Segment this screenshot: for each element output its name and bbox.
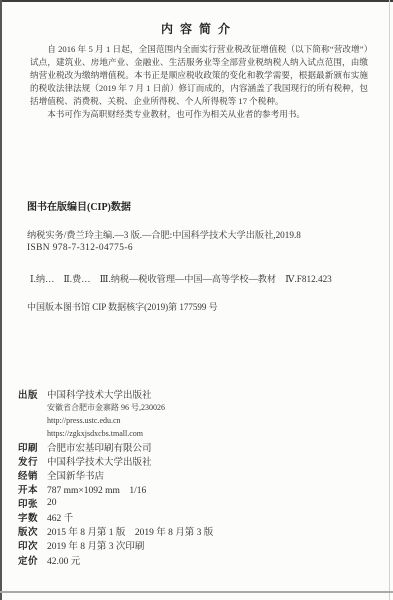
scan-edge-left: [0, 0, 2, 600]
row-value: 462 千: [47, 510, 73, 524]
summary-paragraph: 本书可作为高职财经类专业教材，也可作为相关从业者的参考用书。: [30, 108, 368, 121]
row-label: 印次: [18, 538, 47, 552]
publisher-address: 安徽省合肥市金寨路 96 号,230026: [47, 401, 380, 414]
publisher-store-url: https://zgkxjsdxcbs.tmall.com: [47, 427, 380, 440]
row-label: 经销: [18, 468, 47, 482]
cip-isbn-line: ISBN 978-7-312-04775-6: [27, 243, 133, 253]
row-label: 开本: [18, 482, 47, 496]
publication-row-word-count: 字数 462 千: [18, 510, 380, 524]
row-value: 中国科学技术大学出版社: [47, 387, 152, 401]
content-summary: 自 2016 年 5 月 1 日起，全国范围内全面实行营业税改征增值税（以下简称…: [30, 43, 368, 120]
scan-edge-bottom: [0, 591, 393, 593]
publication-row-edition: 版次 2015 年 8 月第 1 版 2019 年 8 月第 3 版: [18, 524, 380, 538]
row-value: 2015 年 8 月第 1 版 2019 年 8 月第 3 版: [47, 524, 213, 538]
publication-row-impression: 印次 2019 年 8 月第 3 次印刷: [18, 538, 380, 552]
cip-entry-line: 纳税实务/费兰玲主编.—3 版.—合肥:中国科学技术大学出版社,2019.8: [27, 227, 301, 241]
row-value: 中国科学技术大学出版社: [47, 454, 152, 468]
publication-row-publisher: 出版 中国科学技术大学出版社: [18, 387, 380, 401]
scan-edge-top: [0, 0, 393, 2]
row-label: 发行: [18, 454, 47, 468]
summary-paragraph: 自 2016 年 5 月 1 日起，全国范围内全面实行营业税改征增值税（以下简称…: [30, 43, 368, 108]
book-colophon-page: 内 容 简 介 自 2016 年 5 月 1 日起，全国范围内全面实行营业税改征…: [0, 0, 393, 600]
row-label: 印张: [18, 496, 47, 510]
row-label: 定价: [18, 553, 47, 567]
publisher-url: http://press.ustc.edu.cn: [47, 414, 380, 427]
publication-info: 出版 中国科学技术大学出版社 安徽省合肥市金寨路 96 号,230026 htt…: [18, 387, 380, 567]
row-value: 20: [47, 498, 57, 508]
scan-edge-right: [389, 0, 390, 600]
publication-row-price: 定价 42.00 元: [18, 553, 380, 567]
row-label: 版次: [18, 524, 47, 538]
publication-row-printer: 印刷 合肥市宏基印刷有限公司: [18, 440, 380, 454]
row-label: 印刷: [18, 440, 47, 454]
publication-row-sheets: 印张 20: [18, 496, 380, 510]
cip-classification-line: Ⅰ.纳… Ⅱ.费… Ⅲ.纳税—税收管理—中国—高等学校—教材 Ⅳ.F812.42…: [30, 271, 332, 285]
cip-record-number-line: 中国版本图书馆 CIP 数据核字(2019)第 177599 号: [27, 300, 218, 313]
publication-row-distributor: 发行 中国科学技术大学出版社: [18, 454, 380, 468]
publication-row-seller: 经销 全国新华书店: [18, 468, 380, 482]
publication-row-format: 开本 787 mm×1092 mm 1/16: [18, 482, 380, 496]
row-value: 2019 年 8 月第 3 次印刷: [47, 538, 144, 552]
row-value: 42.00 元: [47, 553, 80, 567]
cip-heading: 图书在版编目(CIP)数据: [27, 198, 131, 213]
row-value: 合肥市宏基印刷有限公司: [47, 440, 152, 454]
row-value: 787 mm×1092 mm 1/16: [47, 482, 146, 496]
row-value: 全国新华书店: [47, 468, 104, 482]
content-summary-title: 内 容 简 介: [0, 20, 393, 37]
row-label: 字数: [18, 510, 47, 524]
row-label: 出版: [18, 387, 47, 401]
